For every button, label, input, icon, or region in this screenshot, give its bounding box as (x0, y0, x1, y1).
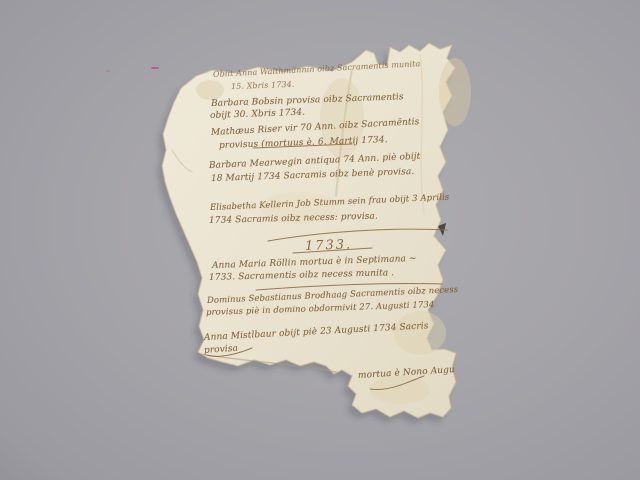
manuscript-line: 1734 Sacramis oibz necess: provisa. (209, 212, 378, 226)
manuscript-line: Obiit Anna Walthmännin oibz Sacramentis … (213, 59, 421, 79)
manuscript-line: provisus (mortuus è. 6. Martij 1734. (219, 135, 388, 151)
manuscript-line: obijt 30. Xbris 1734. (210, 108, 305, 121)
fragment-line: mortua è Nono Augu (358, 365, 456, 381)
manuscript-line: provisa (204, 344, 239, 356)
manuscript-line: Barbara Bobsin provisa oibz Sacramentis (211, 92, 404, 109)
manuscript-line: Mathæus Riser vir 70 Ann. oibz Sacramënt… (211, 117, 420, 138)
year-heading: 1733. (305, 237, 353, 254)
manuscript-text-layer: Obiit Anna Walthmännin oibz Sacramentis … (0, 0, 640, 480)
manuscript-line: 15. Xbris 1734. (231, 80, 295, 91)
manuscript-line: 1733. Sacramentis oibz necess munita . (209, 268, 394, 283)
manuscript-line: Anna Mistlbaur obijt piè 23 Augusti 1734… (204, 321, 429, 343)
photo-canvas: Obiit Anna Walthmännin oibz Sacramentis … (0, 0, 640, 480)
manuscript-line: Elisabetha Kellerin Job Stumm sein frau … (210, 193, 450, 213)
